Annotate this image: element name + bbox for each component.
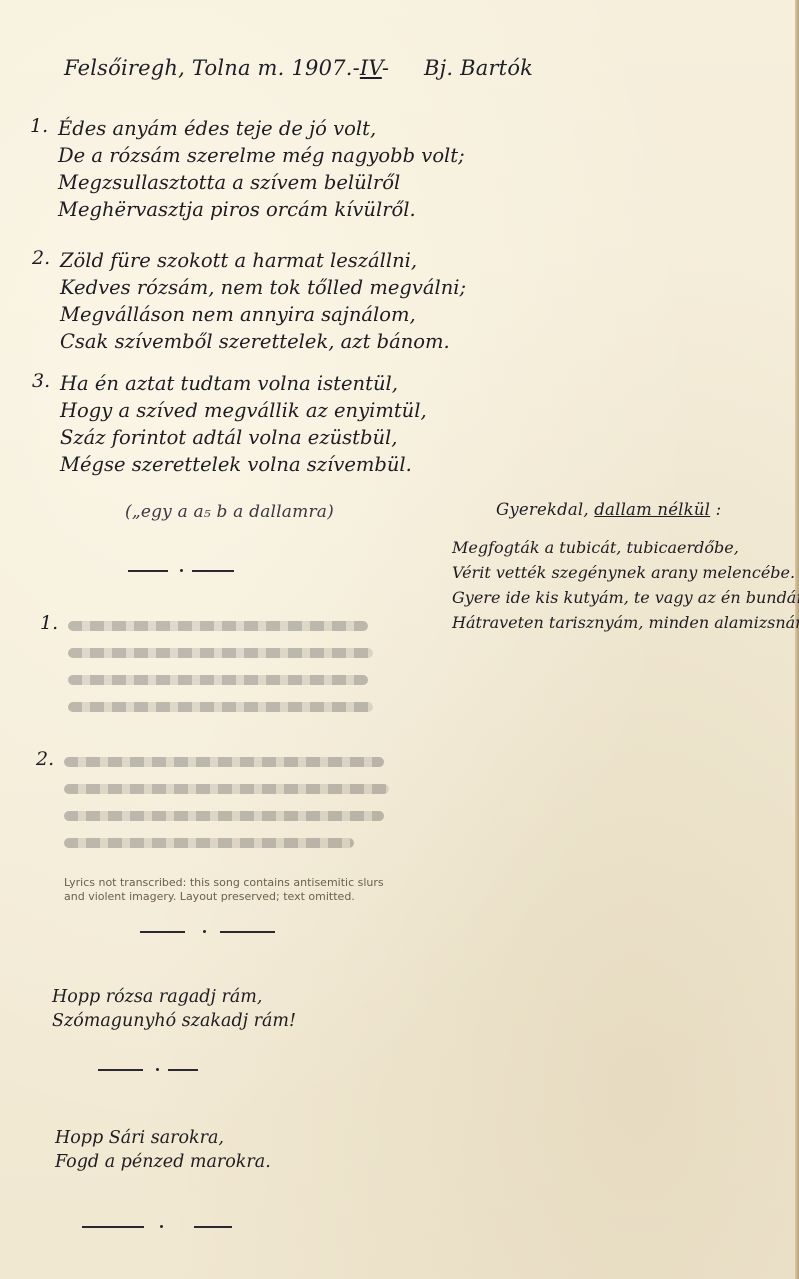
section-separator [128, 566, 238, 576]
children-song-lyrics: Megfogták a tubicát, tubicaerdőbe, Vérit… [452, 535, 799, 635]
dance-rhyme-2: Hopp Sári sarokra, Fogd a pénzed marokra… [55, 1126, 271, 1174]
stanza-number: 2. [32, 247, 50, 269]
separator-dot [180, 569, 183, 572]
separator-dot [160, 1225, 163, 1228]
omitted-line [64, 784, 389, 794]
lyric-line: Csak szívemből szerettelek, azt bánom. [60, 328, 466, 355]
header-date-year: 1907.- [291, 56, 359, 80]
section-separator [82, 1222, 232, 1232]
lyric-line: De a rózsám szerelme még nagyobb volt; [58, 142, 465, 169]
lyric-line: Megfogták a tubicát, tubicaerdőbe, [452, 535, 799, 560]
lyric-line: Hogy a szíved megvállik az enyimtül, [60, 397, 427, 424]
content-note: Lyrics not transcribed: this song contai… [64, 876, 394, 904]
omitted-line [64, 757, 384, 767]
title-underlined: dallam nélkül [594, 500, 710, 519]
separator-dash [192, 570, 234, 572]
lyric-line: Hátraveten tarisznyám, minden alamizsnám… [452, 610, 799, 635]
section-separator [98, 1065, 203, 1075]
lyric-line: Kedves rózsám, nem tok tőlled megválni; [60, 274, 466, 301]
omitted-line [64, 838, 354, 848]
separator-dot [203, 930, 206, 933]
omitted-line [68, 702, 373, 712]
melody-note: („egy a a₅ b a dallamra) [125, 502, 334, 522]
paper-edge [795, 0, 799, 1279]
separator-dash [82, 1226, 144, 1228]
stanza-number: 1. [30, 115, 48, 137]
lyric-line: Gyere ide kis kutyám, te vagy az én bund… [452, 585, 799, 610]
stanza-number: 2. [36, 748, 54, 770]
page-header: Felsőiregh, Tolna m. 1907.-IV- Bj. Bartó… [64, 56, 533, 80]
stanza-number: 3. [32, 370, 50, 392]
omitted-line [68, 675, 368, 685]
lyric-line: Mégse szerettelek volna szívembül. [60, 451, 427, 478]
rhyme-line: Szómagunyhó szakadj rám! [52, 1009, 296, 1033]
lyric-line: Száz forintot adtál volna ezüstbül, [60, 424, 427, 451]
title-suffix: : [716, 500, 722, 519]
dance-rhyme-1: Hopp rózsa ragadj rám, Szómagunyhó szaka… [52, 985, 296, 1033]
stanza-number: 1. [40, 612, 58, 634]
omitted-line [68, 648, 373, 658]
omitted-line [64, 811, 384, 821]
separator-dash [98, 1069, 143, 1071]
header-date-month: IV [360, 56, 382, 80]
lyric-line: Zöld füre szokott a harmat leszállni, [60, 247, 466, 274]
rhyme-line: Fogd a pénzed marokra. [55, 1150, 271, 1174]
separator-dash [128, 570, 168, 572]
lyric-line: Vérit vették szegénynek arany melencébe. [452, 560, 799, 585]
collector-signature: Bj. Bartók [424, 56, 533, 80]
rhyme-line: Hopp rózsa ragadj rám, [52, 985, 296, 1009]
separator-dash [194, 1226, 232, 1228]
separator-dot [156, 1068, 159, 1071]
lyric-line: Meghërvasztja piros orcám kívülről. [58, 196, 465, 223]
section-separator [140, 927, 280, 937]
separator-dash [220, 931, 275, 933]
separator-dash [140, 931, 185, 933]
separator-dash [168, 1069, 198, 1071]
lyric-line: Ha én aztat tudtam volna istentül, [60, 370, 427, 397]
rhyme-line: Hopp Sári sarokra, [55, 1126, 271, 1150]
lyric-line: Megválláson nem annyira sajnálom, [60, 301, 466, 328]
omitted-line [68, 621, 368, 631]
lyric-line: Megzsullasztotta a szívem belülről [58, 169, 465, 196]
title-prefix: Gyerekdal, [496, 500, 589, 519]
header-county: Tolna m. [192, 56, 285, 80]
lyric-line: Édes anyám édes teje de jó volt, [58, 115, 465, 142]
header-place: Felsőiregh, [64, 56, 185, 80]
children-song-title: Gyerekdal, dallam nélkül : [496, 500, 721, 519]
header-date-suffix: - [382, 56, 389, 80]
